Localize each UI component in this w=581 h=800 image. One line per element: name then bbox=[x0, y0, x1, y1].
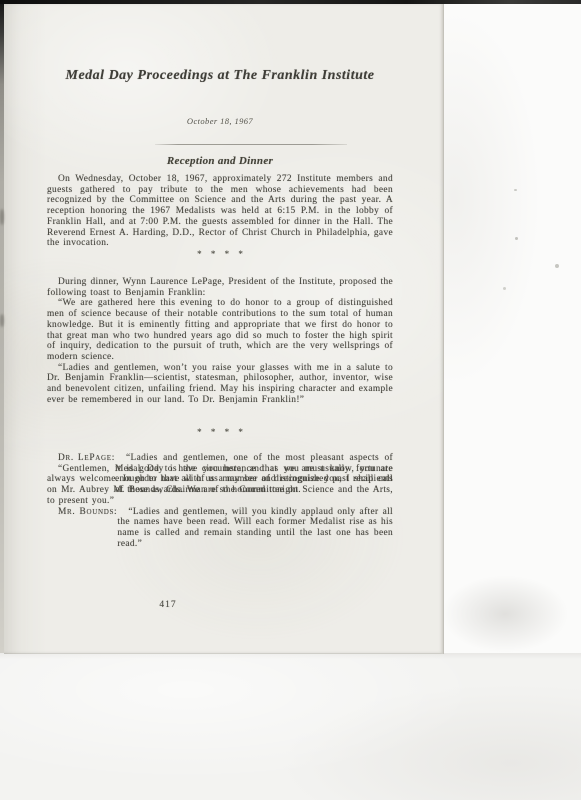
document-page: Medal Day Proceedings at The Franklin In… bbox=[4, 4, 444, 654]
page-number: 417 bbox=[138, 600, 198, 610]
dust-speck bbox=[555, 264, 559, 268]
speaker-label: Mr. Bounds: bbox=[58, 507, 117, 517]
scan-top-edge bbox=[0, 0, 581, 4]
asterisk-separator: * * * * bbox=[47, 249, 393, 259]
paragraph-text: “Ladies and gentlemen, one of the most p… bbox=[115, 453, 393, 496]
scanned-document-screenshot: Medal Day Proceedings at The Franklin In… bbox=[0, 0, 581, 800]
right-scan-background bbox=[443, 4, 581, 653]
title-divider-rule bbox=[155, 144, 347, 145]
bottom-scan-background bbox=[0, 653, 581, 800]
dust-speck bbox=[503, 287, 506, 290]
section-heading: Reception and Dinner bbox=[4, 155, 436, 167]
page-title: Medal Day Proceedings at The Franklin In… bbox=[4, 68, 436, 84]
body-paragraph: “We are gathered here this evening to do… bbox=[47, 298, 393, 362]
body-paragraph: During dinner, Wynn Laurence LePage, Pre… bbox=[47, 277, 393, 298]
body-paragraph: On Wednesday, October 18, 1967, approxim… bbox=[47, 174, 393, 249]
body-paragraph: Mr. Bounds: “Ladies and gentlemen, will … bbox=[47, 507, 393, 518]
scan-edge-smudge bbox=[0, 314, 4, 327]
text-block-remarks: Dr. LePage: “Ladies and gentlemen, one o… bbox=[47, 453, 393, 517]
text-block-toast: During dinner, Wynn Laurence LePage, Pre… bbox=[47, 277, 393, 405]
scan-edge-smudge bbox=[0, 209, 4, 225]
asterisk-separator: * * * * bbox=[47, 427, 393, 437]
dust-speck bbox=[514, 189, 517, 191]
body-paragraph: Dr. LePage: “Ladies and gentlemen, one o… bbox=[47, 453, 393, 464]
dust-speck bbox=[515, 237, 518, 240]
page-date: October 18, 1967 bbox=[4, 116, 436, 126]
speaker-label: Dr. LePage: bbox=[58, 453, 115, 463]
paragraph-text: “Ladies and gentlemen, will you kindly a… bbox=[117, 507, 393, 550]
text-block-reception: On Wednesday, October 18, 1967, approxim… bbox=[47, 174, 393, 249]
body-paragraph: “Ladies and gentlemen, won’t you raise y… bbox=[47, 363, 393, 406]
